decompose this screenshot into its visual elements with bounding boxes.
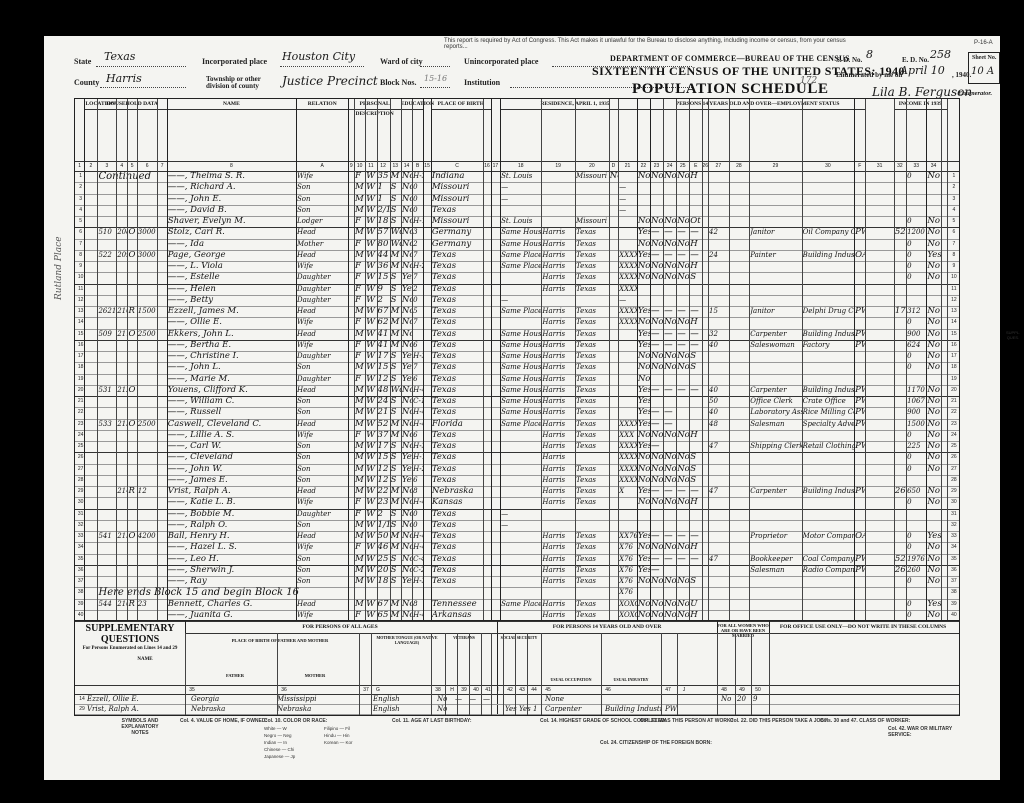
- cell-gr: C-4: [413, 554, 423, 565]
- cell-ms: Wd: [391, 385, 401, 396]
- cell-res-state: Texas: [576, 531, 609, 542]
- cell-race: W: [366, 182, 376, 193]
- cell-res-state: Texas: [576, 475, 609, 486]
- cell-fam: 208: [117, 227, 127, 238]
- cell-w24: —: [677, 554, 689, 565]
- column-divider: [676, 99, 677, 621]
- note-col42-label: Col. 42. WAR OR MILITARY SERVICE:: [888, 726, 952, 738]
- cell-oth: Yes: [927, 531, 940, 542]
- cell-birth: Texas: [432, 272, 483, 283]
- cell-gr: 6: [413, 340, 423, 351]
- cell-val: 3000: [138, 227, 158, 238]
- cell-res-city: Same Place: [501, 306, 541, 317]
- cell-gr: H-3: [413, 171, 423, 182]
- column-divider: [483, 99, 484, 621]
- cell-birth: Texas: [432, 520, 483, 531]
- cell-oth: No: [927, 554, 940, 565]
- office-header: FOR OFFICE USE ONLY—DO NOT WRITE IN THES…: [769, 624, 957, 630]
- cell-name: ——, Russell: [168, 407, 296, 418]
- cell-line: 32: [948, 520, 960, 531]
- cell-oth: No: [927, 576, 940, 587]
- column-divider: [702, 99, 703, 621]
- cell-res-county: Harris: [542, 362, 575, 373]
- cell-own: O: [128, 250, 136, 261]
- cell-ms: M: [391, 542, 401, 553]
- cell-res-county: Harris: [542, 261, 575, 272]
- cell-val: 2500: [138, 329, 158, 340]
- column-divider: [677, 633, 678, 715]
- cell-rel: Son: [297, 396, 348, 407]
- table-row: 10——, EstelleDaughterFW15SYes7TexasHarri…: [75, 272, 959, 283]
- cell-line: 21: [948, 396, 960, 407]
- cell-name: ——, John W.: [168, 464, 296, 475]
- cell-age: 1/12: [378, 520, 390, 531]
- cell-ms: S: [391, 216, 401, 227]
- cell-race: W: [366, 272, 376, 283]
- table-row: 9——, L. ViolaWifeFW36MNoH-2TexasSame Pla…: [75, 261, 959, 272]
- supplementary-cell-occ: None: [545, 694, 601, 704]
- table-row: 28——, James E.SonMW12SYes6TexasHarrisTex…: [75, 475, 959, 486]
- cell-race: W: [366, 250, 376, 261]
- note-col21-label: Col. 21. WAS THIS PERSON AT WORK?: [640, 718, 734, 724]
- column-divider: [445, 633, 446, 715]
- cell-race: W: [366, 239, 376, 250]
- cell-ms: S: [391, 520, 401, 531]
- cell-w23: No: [664, 317, 676, 328]
- cell-w22: —: [651, 385, 663, 396]
- cell-rel: Wife: [297, 317, 348, 328]
- column-number: 4: [116, 162, 127, 171]
- cell-line: 13: [948, 306, 960, 317]
- cell-age: 21: [378, 407, 390, 418]
- cell-ms: M: [391, 430, 401, 441]
- cell-own: O: [128, 329, 136, 340]
- cell-sch: Yes: [402, 351, 412, 362]
- cell-fam: 212: [117, 385, 127, 396]
- supplementary-title: SUPPLEMENTARY QUESTIONS: [75, 623, 185, 645]
- cell-inc: 650: [907, 486, 926, 497]
- cell-oth: No: [927, 430, 940, 441]
- cell-birth: Texas: [432, 374, 483, 385]
- column-divider: [854, 99, 855, 621]
- cell-own: O: [128, 227, 136, 238]
- cell-d: XXXX: [619, 261, 637, 272]
- cell-age: 35: [378, 171, 390, 182]
- cell-ind: Crate Office: [803, 396, 854, 407]
- cell-w24: —: [677, 385, 689, 396]
- cell-w21: No: [638, 374, 650, 385]
- column-divider: [412, 99, 413, 621]
- cell-sch: Yes: [402, 362, 412, 373]
- cell-w24: No: [677, 216, 689, 227]
- cell-rel: Son: [297, 565, 348, 576]
- institution-label: Institution: [464, 78, 500, 87]
- ed-value: 258: [930, 48, 951, 61]
- column-divider: [296, 99, 297, 621]
- cell-res-county: Harris: [542, 497, 575, 508]
- column-divider: [541, 99, 542, 621]
- cell-res-county: Harris: [542, 284, 575, 295]
- cell-age: 18: [378, 576, 390, 587]
- supplementary-column-number: 49: [735, 686, 749, 694]
- cell-sex: F: [355, 295, 365, 306]
- table-row: 4——, David B.SonMW2/12SNo0Texas—4: [75, 205, 959, 216]
- county-value: Harris: [106, 72, 142, 85]
- cell-oth: No: [927, 464, 940, 475]
- cell-rel: Daughter: [297, 284, 348, 295]
- column-number: 29: [749, 162, 801, 171]
- cell-sch: No: [402, 306, 412, 317]
- cell-val: 2500: [138, 419, 158, 430]
- column-number: F: [854, 162, 865, 171]
- cell-w23: No: [664, 452, 676, 463]
- cell-occ: Salesman: [750, 565, 801, 576]
- cell-age: 1: [378, 194, 390, 205]
- column-divider: [637, 99, 638, 621]
- column-number: A: [296, 162, 348, 171]
- cell-race: W: [366, 430, 376, 441]
- cell-w21: Yes: [638, 340, 650, 351]
- cell-w22: No: [651, 452, 663, 463]
- cell-d: XXX: [619, 430, 637, 441]
- cell-race: W: [366, 531, 376, 542]
- cell-val: 23: [138, 599, 158, 610]
- cell-occ: Bookkeeper: [750, 554, 801, 565]
- cell-sch: No: [402, 419, 412, 430]
- cell-w21: Yes: [638, 565, 650, 576]
- cell-own: R: [128, 486, 136, 497]
- divider: [185, 633, 959, 634]
- cell-gr: H-4: [413, 542, 423, 553]
- cell-occ: Carpenter: [750, 329, 801, 340]
- cell-name: ——, Bertha E.: [168, 340, 296, 351]
- cell-oth: No: [927, 227, 940, 238]
- veterans-header: VETERANS: [431, 635, 497, 640]
- cell-birth: Germany: [432, 227, 483, 238]
- cell-line: 2: [948, 182, 960, 193]
- cell-race: W: [366, 194, 376, 205]
- cell-ms: M: [391, 531, 401, 542]
- cell-res-county: Harris: [542, 250, 575, 261]
- cell-res-state: Texas: [576, 419, 609, 430]
- enumerator-label: Enumerator.: [958, 90, 992, 97]
- supplementary-column-number: 35: [185, 686, 199, 694]
- cell-sex: M: [355, 362, 365, 373]
- cell-ms: S: [391, 554, 401, 565]
- cell-name: ——, Hazel L. S.: [168, 542, 296, 553]
- cell-race: W: [366, 576, 376, 587]
- cell-birth: Florida: [432, 419, 483, 430]
- table-row: 34——, Hazel L. S.WifeFW46MNoH-4TexasHarr…: [75, 542, 959, 553]
- cell-age: 25: [378, 554, 390, 565]
- cell-w24: —: [677, 227, 689, 238]
- cell-line: 31: [948, 509, 960, 520]
- column-number: 17: [491, 162, 500, 171]
- cell-hrs: 40: [709, 407, 729, 418]
- supplementary-cell-mother: Nebraska: [277, 704, 357, 714]
- cell-w21: No: [638, 216, 650, 227]
- cell-hrs: 15: [709, 306, 729, 317]
- cell-sex: M: [355, 227, 365, 238]
- cell-sch: No: [402, 205, 412, 216]
- cell-ind: Factory: [803, 340, 854, 351]
- column-divider: [277, 633, 278, 715]
- cell-inc: 900: [907, 407, 926, 418]
- cell-ms: M: [391, 329, 401, 340]
- cell-line: 5: [948, 216, 960, 227]
- column-number: 13: [390, 162, 401, 171]
- cell-house: 533: [98, 419, 116, 430]
- cell-sex: M: [355, 486, 365, 497]
- cell-house: 522: [98, 250, 116, 261]
- race-code: White — W: [264, 726, 287, 732]
- cell-birth: Texas: [432, 396, 483, 407]
- cell-res-state: Texas: [576, 486, 609, 497]
- cell-line: 34: [948, 542, 960, 553]
- cell-line: 33: [948, 531, 960, 542]
- cell-hrs: 47: [709, 486, 729, 497]
- cell-oth: No: [927, 239, 940, 250]
- column-divider: [500, 99, 501, 621]
- cell-w22: No: [651, 475, 663, 486]
- cell-sch: No: [402, 441, 412, 452]
- cell-res-state: Missouri: [576, 171, 609, 182]
- cell-rel: Son: [297, 576, 348, 587]
- cell-age: 22: [378, 486, 390, 497]
- cell-sex: F: [355, 317, 365, 328]
- note-col30: Cols. 30 and 47. CLASS OF WORKER:: [820, 718, 910, 724]
- cell-res-city: Same Place: [501, 261, 541, 272]
- cell-sex: M: [355, 396, 365, 407]
- cell-name: Caswell, Cleveland C.: [168, 419, 296, 430]
- cell-res-state: Texas: [576, 441, 609, 452]
- column-divider: [541, 633, 542, 715]
- cell-res-county: Harris: [542, 430, 575, 441]
- cell-oth: No: [927, 340, 940, 351]
- column-divider: [431, 633, 432, 715]
- cell-gr: H-4: [413, 531, 423, 542]
- cell-sch: Yes: [402, 475, 412, 486]
- cell-rel: Son: [297, 194, 348, 205]
- column-divider: [894, 99, 895, 621]
- cell-d: X: [619, 486, 637, 497]
- cell-sch: No: [402, 542, 412, 553]
- cell-fam: 216: [117, 599, 127, 610]
- cell-res-county: Harris: [542, 351, 575, 362]
- block-value: 15-16: [424, 74, 447, 83]
- cell-w22: No: [651, 216, 663, 227]
- cell-gr: H-3: [413, 351, 423, 362]
- cell-line: 9: [948, 261, 960, 272]
- row-divider: [75, 714, 959, 715]
- table-row: 38Here ends Block 15 and begin Block 16X…: [75, 587, 959, 598]
- cell-oth: No: [927, 497, 940, 508]
- column-divider: [157, 99, 158, 621]
- column-divider: [735, 633, 736, 715]
- cell-res-county: Harris: [542, 441, 575, 452]
- column-number: E: [689, 162, 702, 171]
- column-number: 19: [541, 162, 575, 171]
- table-row: 11——, HelenDaughterFW9SYes2TexasHarrisTe…: [75, 284, 959, 295]
- population-table: LOCATIONHOUSEHOLD DATANAMERELATIONPERSON…: [74, 98, 960, 622]
- cell-rel: Head: [297, 531, 348, 542]
- cell-w21: Yes: [638, 227, 650, 238]
- column-divider: [84, 99, 85, 621]
- cell-name: ——, David B.: [168, 205, 296, 216]
- cell-w22: —: [651, 306, 663, 317]
- table-row: 132621210R1500Ezzell, James M.HeadMW67MN…: [75, 306, 959, 317]
- cell-sch: No: [402, 340, 412, 351]
- cell-w23: —: [664, 340, 676, 351]
- cell-res-state: Texas: [576, 317, 609, 328]
- cell-ms: S: [391, 452, 401, 463]
- cell-birth: Texas: [432, 464, 483, 475]
- cell-race: W: [366, 396, 376, 407]
- incorporated-field-line: [280, 66, 364, 67]
- table-row: 1Continued——, Thelma S. R.WifeFW35MNoH-3…: [75, 171, 959, 182]
- cell-res-state: Texas: [576, 351, 609, 362]
- group-header-personal: PERSONAL DESCRIPTION: [348, 99, 401, 110]
- table-row: 33541215O4200Ball, Henry H.HeadMW50MNoH-…: [75, 531, 959, 542]
- cell-inc: 1170: [907, 385, 926, 396]
- cell-name: Page, George: [168, 250, 296, 261]
- column-number: 6: [137, 162, 158, 171]
- cell-inc: 0: [907, 464, 926, 475]
- cell-name: ——, Thelma S. R.: [168, 171, 296, 182]
- cell-w22: —: [651, 554, 663, 565]
- side-annotation: Rutland Place: [54, 236, 64, 300]
- cell-sex: F: [355, 239, 365, 250]
- table-row: 5Shaver, Evelyn M.LodgerFW18SNoH-1Missou…: [75, 216, 959, 227]
- cell-w23: —: [664, 329, 676, 340]
- cell-line: 29: [948, 486, 960, 497]
- cell-inc: 225: [907, 441, 926, 452]
- cell-gr: H-1: [413, 216, 423, 227]
- cell-ms: M: [391, 261, 401, 272]
- cell-race: W: [366, 205, 376, 216]
- cell-sch: No: [402, 599, 412, 610]
- column-divider: [941, 99, 942, 621]
- cell-birth: Missouri: [432, 216, 483, 227]
- cell-name: Shaver, Evelyn M.: [168, 216, 296, 227]
- column-divider: [97, 99, 98, 621]
- column-number: 7: [157, 162, 166, 171]
- cell-gr: 2: [413, 239, 423, 250]
- table-row: 23533213O2500Caswell, Cleveland C.HeadMW…: [75, 419, 959, 430]
- cell-rel: Wife: [297, 497, 348, 508]
- cell-sch: No: [402, 239, 412, 250]
- cell-age: 41: [378, 340, 390, 351]
- cell-oth: No: [927, 565, 940, 576]
- cell-rel: Daughter: [297, 374, 348, 385]
- stamped-number: 172: [800, 76, 817, 86]
- cell-gr: H-1: [413, 452, 423, 463]
- cell-w23: —: [664, 385, 676, 396]
- column-number: 2: [84, 162, 97, 171]
- note-col4: Col. 4. VALUE OF HOME, IF OWNED:: [180, 718, 267, 724]
- cell-rel: Daughter: [297, 351, 348, 362]
- table-row: 27——, John W.SonMW12SYesH-2TexasHarrisTe…: [75, 464, 959, 475]
- incorporated-label: Incorporated place: [202, 57, 267, 66]
- cell-age: 23: [378, 497, 390, 508]
- cell-w22: No: [651, 576, 663, 587]
- cell-name: ——, Leo H.: [168, 554, 296, 565]
- cell-birth: Texas: [432, 306, 483, 317]
- cell-w24: —: [677, 531, 689, 542]
- cell-res-state: Texas: [576, 430, 609, 441]
- cell-wks: 52: [895, 227, 906, 238]
- note-col24: Col. 24. CITIZENSHIP OF THE FOREIGN BORN…: [600, 740, 712, 746]
- cell-name: ——, Bobbie M.: [168, 509, 296, 520]
- supplementary-cell-age_m: 20: [737, 694, 751, 704]
- cell-gr: H-3: [413, 441, 423, 452]
- parents-birthplace-header: PLACE OF BIRTH OF FATHER AND MOTHER: [195, 638, 365, 643]
- column-number: 31: [865, 162, 894, 171]
- cell-cls: PW: [855, 407, 865, 418]
- column-divider: [575, 99, 576, 621]
- cell-rel: Wife: [297, 171, 348, 182]
- table-row: 30——, Katie L. B.WifeFW23MNoH-4KansasHar…: [75, 497, 959, 508]
- cell-age: 46: [378, 542, 390, 553]
- column-divider: [371, 633, 372, 715]
- cell-w23: No: [664, 351, 676, 362]
- cell-w24: No: [677, 171, 689, 182]
- unincorporated-label: Unincorporated place: [464, 57, 538, 66]
- note-col11-label: Col. 11. AGE AT LAST BIRTHDAY:: [392, 718, 472, 724]
- cell-line: 36: [948, 565, 960, 576]
- cell-res-county: Harris: [542, 374, 575, 385]
- cell-sex: F: [355, 216, 365, 227]
- cell-line: 17: [948, 351, 960, 362]
- cell-cls: PW: [855, 306, 865, 317]
- column-divider: [661, 633, 662, 715]
- cell-house: 509: [98, 329, 116, 340]
- cell-age: 36: [378, 261, 390, 272]
- cell-ms: S: [391, 396, 401, 407]
- table-row: 16——, Bertha E.WifeFW41MNo6TexasSame Hou…: [75, 340, 959, 351]
- cell-res-county: Harris: [542, 227, 575, 238]
- cell-w22: No: [651, 599, 663, 610]
- cell-name: ——, Sherwin J.: [168, 565, 296, 576]
- column-divider: [348, 99, 349, 621]
- cell-rel: Wife: [297, 340, 348, 351]
- cell-inc: 1500: [907, 419, 926, 430]
- cell-name: ——, Katie L. B.: [168, 497, 296, 508]
- cell-w22: No: [651, 272, 663, 283]
- column-number: 8: [167, 162, 296, 171]
- supplementary-section: SUPPLEMENTARY QUESTIONS For Persons Enum…: [74, 620, 960, 716]
- cell-birth: Texas: [432, 317, 483, 328]
- cell-own: O: [128, 385, 136, 396]
- cell-race: W: [366, 407, 376, 418]
- supplementary-cell-v41: —: [469, 694, 479, 704]
- cell-w25: H: [690, 542, 702, 553]
- column-number: 22: [637, 162, 650, 171]
- cell-age: 48: [378, 385, 390, 396]
- cell-sex: M: [355, 306, 365, 317]
- cell-race: W: [366, 554, 376, 565]
- state-label: State: [74, 57, 91, 66]
- cell-name: ——, Ray: [168, 576, 296, 587]
- cell-occ: Proprietor: [750, 531, 801, 542]
- cell-wks: 26: [895, 486, 906, 497]
- column-number: 16: [483, 162, 490, 171]
- enumerated-date: April 10: [900, 64, 945, 77]
- cell-birth: Texas: [432, 340, 483, 351]
- cell-birth: Missouri: [432, 182, 483, 193]
- cell-w25: —: [690, 250, 702, 261]
- cell-rel: Head: [297, 329, 348, 340]
